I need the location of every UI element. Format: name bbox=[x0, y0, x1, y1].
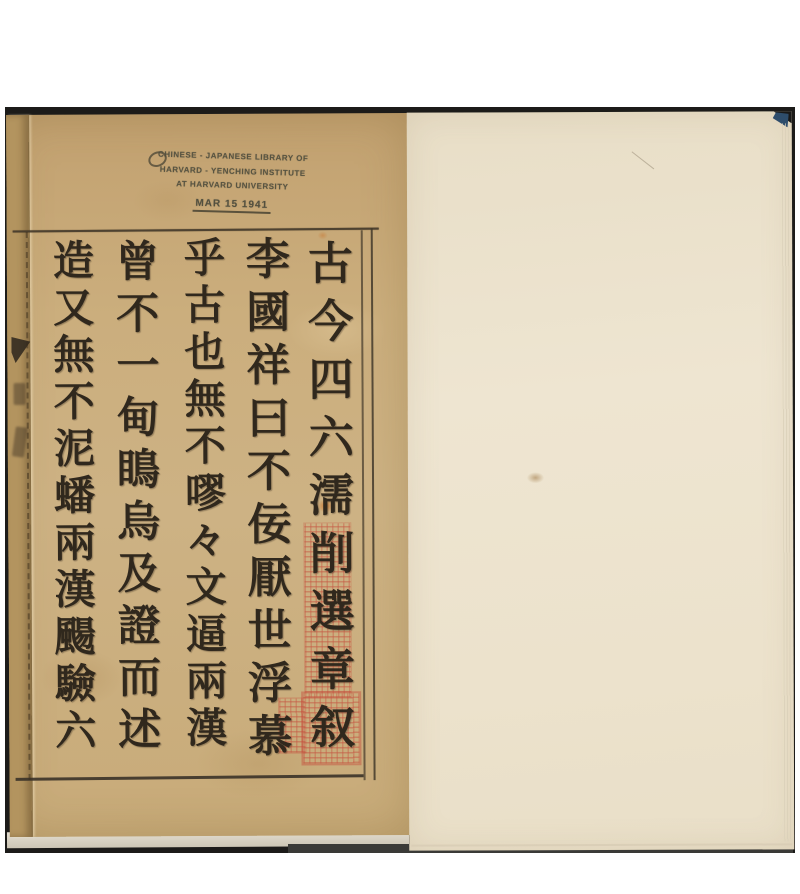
screenshot-root: { "scan": { "description": "Scanned open… bbox=[0, 0, 800, 894]
calligraphy-column-5: 造又無不泥蟠兩漢颺驗六 bbox=[42, 239, 103, 756]
calligraphy-column-2: 李國祥曰不佞厭世浮慕 bbox=[237, 236, 298, 766]
faint-partial-character bbox=[14, 383, 26, 405]
left-page: CHINESE - JAPANESE LIBRARY OF HARVARD - … bbox=[6, 113, 412, 837]
book-scan-photo: CHINESE - JAPANESE LIBRARY OF HARVARD - … bbox=[5, 107, 795, 853]
text-frame-right-border-outer bbox=[371, 228, 376, 780]
text-frame-bottom-border bbox=[16, 774, 364, 781]
calligraphy-column-3: 乎古也無不嘐々文逼兩漢 bbox=[173, 236, 234, 753]
foxing-stain bbox=[318, 231, 328, 239]
calligraphy-column-4: 曾不一甸瞗烏及證而述 bbox=[107, 238, 168, 758]
foxing-stain bbox=[527, 472, 544, 483]
page-bottom-edge bbox=[411, 843, 792, 846]
faint-scratch-mark bbox=[632, 151, 655, 169]
calligraphy-column-1: 古今四六濡削選章叙 bbox=[301, 239, 362, 761]
stamp-date: MAR 15 1941 bbox=[192, 197, 271, 213]
harvard-yenching-library-stamp: CHINESE - JAPANESE LIBRARY OF HARVARD - … bbox=[146, 147, 320, 215]
stacked-page-edges bbox=[782, 123, 792, 841]
text-frame-right-border-inner bbox=[361, 230, 366, 780]
faint-partial-character bbox=[12, 426, 28, 457]
right-page-blank bbox=[407, 111, 795, 850]
